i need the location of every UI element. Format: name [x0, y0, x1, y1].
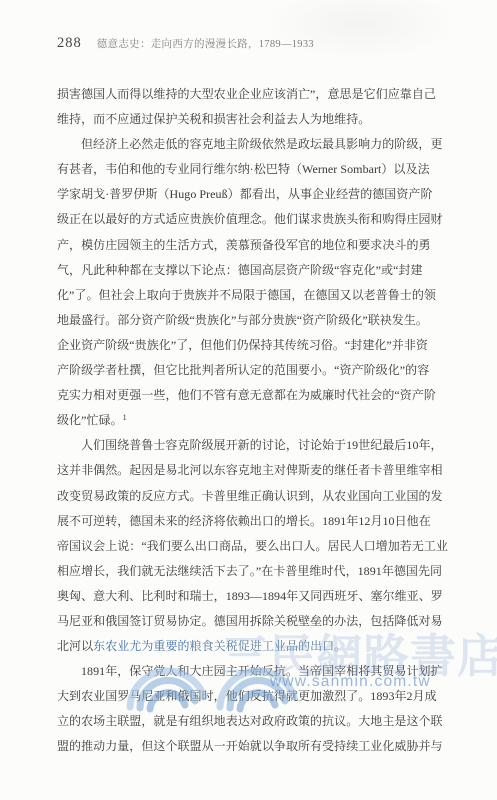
- text-segment: 气，凡此种种都在支撑以下论点：德国高层资产阶级“容克化”或“封建: [57, 263, 423, 277]
- text-line: 盟的推动力量，但这个联盟从一开始就以争取所有受持续工业化威胁并与: [57, 734, 445, 759]
- text-line: 帝国议会上说：“我们要么出口商品，要么出口人。居民人口增加若无工业: [57, 534, 445, 559]
- text-segment: 化”了。但社会上取向于贵族并不局限于德国，在德国又以老普鲁士的领: [57, 288, 436, 302]
- text-line: 大到农业国罗马尼亚和俄国时，他们反抗得就更加激烈了。1893年2月成: [57, 684, 445, 709]
- text-line: 企业资产阶级“贵族化”了，但他们仍保持其传统习俗。“封建化”并非资: [57, 333, 445, 358]
- text-segment: 有甚者，韦伯和他的专业同行维尔纳·松巴特（Werner Sombart）以及法: [57, 162, 430, 176]
- text-segment: 帝国议会上说：“我们要么出口商品，要么出口人。居民人口增加若无工业: [57, 539, 448, 553]
- text-segment: 盟的推动力量，但这个联盟从一开始就以争取所有受持续工业化威胁并与: [57, 739, 443, 753]
- text-segment: 级化”忙碌。: [57, 413, 123, 427]
- text-line: 损害德国人而得以维持的大型农业企业应该消亡”，意思是它们应靠自己: [57, 82, 445, 107]
- text-segment: 级正在以最好的方式适应贵族价值理念。他们谋求贵族头衔和购得庄园财: [57, 212, 443, 226]
- text-segment: 这并非偶然。起因是易北河以东容克地主对俾斯麦的继任者卡普里维宰相: [57, 463, 443, 477]
- text-line: 产阶级学者杜撰，但它比批判者所认定的范围要小。“资产阶级化”的容: [57, 358, 445, 383]
- text-line: 化”了。但社会上取向于贵族并不局限于德国，在德国又以老普鲁士的领: [57, 283, 445, 308]
- text-line: 1891年，保守党人和大庄园主开始反抗。当帝国宰相将其贸易计划扩: [57, 659, 445, 684]
- text-segment: 维持，而不应通过保护关税和损害社会利益去人为地维持。: [57, 112, 370, 126]
- text-segment: 但经济上必然走低的容克地主阶级依然是政坛最具影响力的阶级，更: [81, 137, 443, 151]
- text-line: 马尼亚和俄国签订贸易协定。德国用拆除关税壁垒的办法，包括降低对易: [57, 609, 445, 634]
- text-segment: 相应增长，我们就无法继续活下去了。”在卡普里维时代，1891年德国先同: [57, 564, 442, 578]
- text-line: 这并非偶然。起因是易北河以东容克地主对俾斯麦的继任者卡普里维宰相: [57, 458, 445, 483]
- text-block: 损害德国人而得以维持的大型农业企业应该消亡”，意思是它们应靠自己维持，而不应通过…: [57, 82, 445, 760]
- text-line: 奥匈、意大利、比利时和瑞士，1893—1894年又同西班牙、塞尔维亚、罗: [57, 584, 445, 609]
- text-line: 克实力相对更强一些，他们不管有意无意都在为威廉时代社会的“资产阶: [57, 383, 445, 408]
- running-header: 288德意志史：走向西方的漫漫长路，1789—1933: [57, 34, 447, 52]
- text-line: 维持，而不应通过保护关税和损害社会利益去人为地维持。: [57, 107, 445, 132]
- text-segment: 大到农业国罗马尼亚和俄国时，他们反抗得就更加激烈了。1893年2月成: [57, 689, 437, 703]
- text-line: 北河以东农业尤为重要的粮食关税促进工业品的出口。: [57, 634, 445, 659]
- text-line: 地最盛行。部分资产阶级“贵族化”与部分贵族“资产阶级化”联袂发生。: [57, 308, 445, 333]
- text-line: 有甚者，韦伯和他的专业同行维尔纳·松巴特（Werner Sombart）以及法: [57, 157, 445, 182]
- text-segment: 地最盛行。部分资产阶级“贵族化”与部分贵族“资产阶级化”联袂发生。: [57, 313, 428, 327]
- text-line: 立的农场主联盟，就是有组织地表达对政府政策的抗议。大地主是这个联: [57, 709, 445, 734]
- footnote-marker: 1: [123, 413, 127, 422]
- text-line: 产，模仿庄园领主的生活方式，羡慕预备役军官的地位和要求决斗的勇: [57, 233, 445, 258]
- text-line: 级正在以最好的方式适应贵族价值理念。他们谋求贵族头衔和购得庄园财: [57, 207, 445, 232]
- text-segment: 北河以: [57, 639, 93, 653]
- text-segment: 学家胡戈·普罗伊斯（Hugo Preuß）都看出，从事企业经营的德国资产阶: [57, 187, 433, 201]
- text-segment: 产阶级学者杜撰，但它比批判者所认定的范围要小。“资产阶级化”的容: [57, 363, 429, 377]
- text-segment: 企业资产阶级“贵族化”了，但他们仍保持其传统习俗。“封建化”并非资: [57, 338, 428, 352]
- text-segment: 立的农场主联盟，就是有组织地表达对政府政策的抗议。大地主是这个联: [57, 714, 443, 728]
- text-segment: 克实力相对更强一些，他们不管有意无意都在为威廉时代社会的“资产阶: [57, 388, 436, 402]
- text-line: 改变贸易政策的反应方式。卡普里维正确认识到，从农业国向工业国的发: [57, 484, 445, 509]
- running-title: 德意志史：走向西方的漫漫长路，1789—1933: [97, 39, 314, 50]
- text-segment: 改变贸易政策的反应方式。卡普里维正确认识到，从农业国向工业国的发: [57, 489, 443, 503]
- text-line: 气，凡此种种都在支撑以下论点：德国高层资产阶级“容克化”或“封建: [57, 258, 445, 283]
- text-segment: 马尼亚和俄国签订贸易协定。德国用拆除关税壁垒的办法，包括降低对易: [57, 614, 443, 628]
- text-segment: 产，模仿庄园领主的生活方式，羡慕预备役军官的地位和要求决斗的勇: [57, 238, 431, 252]
- text-line: 人们围绕普鲁士容克阶级展开新的讨论，讨论始于19世纪最后10年，: [57, 433, 445, 458]
- text-line: 级化”忙碌。1: [57, 408, 445, 433]
- text-line: 但经济上必然走低的容克地主阶级依然是政坛最具影响力的阶级，更: [57, 132, 445, 157]
- book-page: 288德意志史：走向西方的漫漫长路，1789—1933 损害德国人而得以维持的大…: [0, 0, 497, 800]
- text-line: 相应增长，我们就无法继续活下去了。”在卡普里维时代，1891年德国先同: [57, 559, 445, 584]
- text-segment: 东农业尤为重要的: [93, 639, 189, 653]
- text-segment: 损害德国人而得以维持的大型农业企业应该消亡”，意思是它们应靠自己: [57, 87, 436, 101]
- text-segment: 人们围绕普鲁士容克阶级展开新的讨论，讨论始于19世纪最后10年，: [81, 438, 443, 452]
- text-segment: 粮食关税促进工业品的出口。: [190, 639, 347, 653]
- text-line: 学家胡戈·普罗伊斯（Hugo Preuß）都看出，从事企业经营的德国资产阶: [57, 182, 445, 207]
- text-line: 展不可逆转，德国未来的经济将依赖出口的增长。1891年12月10日他在: [57, 509, 445, 534]
- text-segment: 1891年，保守党人和大庄园主开始反抗。当帝国宰相将其贸易计划扩: [81, 664, 443, 678]
- text-segment: 展不可逆转，德国未来的经济将依赖出口的增长。1891年12月10日他在: [57, 514, 431, 528]
- text-segment: 奥匈、意大利、比利时和瑞士，1893—1894年又同西班牙、塞尔维亚、罗: [57, 589, 443, 603]
- page-number: 288: [57, 35, 82, 51]
